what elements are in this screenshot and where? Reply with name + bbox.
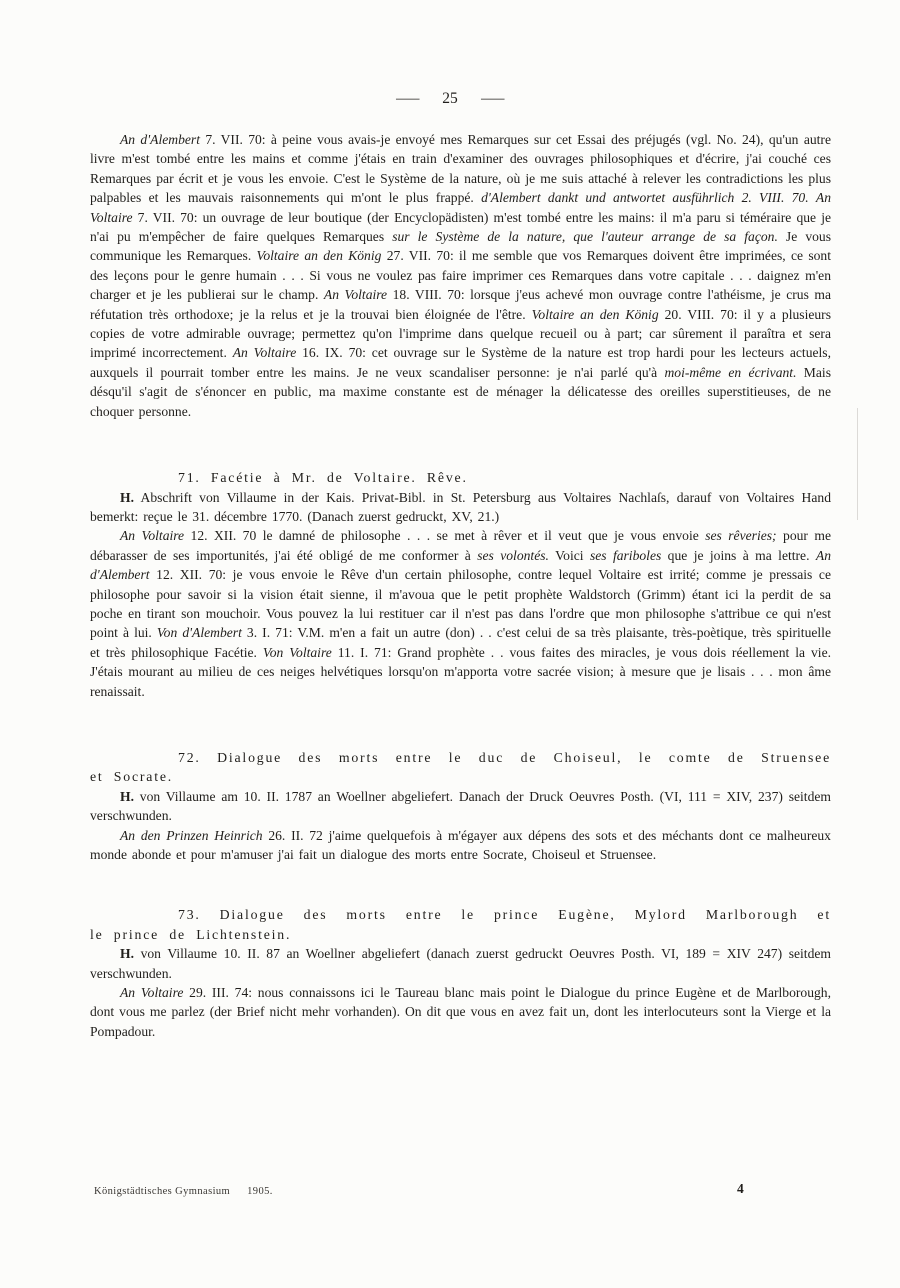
text-run: Voltaire an den König [257,248,382,263]
entry-72-heading: 72. Dialogue des morts entre le duc de C… [90,748,831,787]
text-run: 29. III. 74: nous connaissons ici le Tau… [90,985,831,1039]
text-run: 12. XII. 70 le damné de philosophe . . .… [184,528,705,543]
text-run: ses volontés. [477,548,549,563]
text-run: An d'Alembert [120,132,200,147]
text-run: Von d'Alembert [157,625,242,640]
text-run: H. [120,789,134,804]
text-run: von Villaume 10. II. 87 an Woellner abge… [90,946,831,980]
text-run: d'Alembert dankt und antwortet ausführli… [481,190,809,205]
text-run: sur le Système de la nature, que l'auteu… [392,229,778,244]
text-run: Von Voltaire [263,645,332,660]
entry-71-source-note: H. Abschrift von Villaume in der Kais. P… [90,488,831,527]
entry-71-heading: 71. Facétie à Mr. de Voltaire. Rêve. [90,468,831,487]
text-run: Abschrift von Villaume in der Kais. Priv… [90,490,831,524]
entry-73-source-note: H. von Villaume 10. II. 87 an Woellner a… [90,944,831,983]
entry-73-quotes: An Voltaire 29. III. 74: nous connaisson… [90,983,831,1041]
text-run: Voltaire an den König [532,307,659,322]
footer-sheet-number: 4 [737,1181,744,1197]
text-run: moi-même en écrivant. [664,365,796,380]
text-run: An Voltaire [233,345,297,360]
footer-imprint-text: Königstädtisches Gymnasium [94,1186,230,1197]
scan-artifact-line [857,408,858,520]
text-run: que je joins à ma lettre. [661,548,816,563]
entry-72-quotes: An den Prinzen Heinrich 26. II. 72 j'aim… [90,826,831,865]
text-run: ses rêveries; [705,528,776,543]
text-run [809,190,816,205]
text-run: An Voltaire [324,287,387,302]
entry-72-heading-line: et Socrate. [90,767,831,786]
text-run: Voici [549,548,590,563]
text-run: An den Prinzen Heinrich [120,828,263,843]
text-run: An Voltaire [120,985,183,1000]
text-run: von Villaume am 10. II. 1787 an Woellner… [90,789,831,823]
entry-24-continuation: An d'Alembert 7. VII. 70: à peine vous a… [90,130,831,421]
entry-73-heading: 73. Dialogue des morts entre le prince E… [90,905,831,944]
scanned-book-page: — 25 — An d'Alembert 7. VII. 70: à peine… [0,0,900,1288]
entry-71-heading-line: 71. Facétie à Mr. de Voltaire. Rêve. [90,468,831,487]
header-dash-left: — [396,90,419,108]
footer-year: 1905. [247,1186,273,1197]
text-run: ses fariboles [590,548,661,563]
entry-72-source-note: H. von Villaume am 10. II. 1787 an Woell… [90,787,831,826]
entry-72-heading-line: 72. Dialogue des morts entre le duc de C… [90,748,831,767]
text-run: An Voltaire [120,528,184,543]
entry-73-heading-line: le prince de Lichtenstein. [90,925,831,944]
header-dash-right: — [481,90,504,108]
page-number: 25 [442,90,458,108]
page-header: — 25 — [0,90,900,108]
text-run: H. [120,490,134,505]
footer-imprint: Königstädtisches Gymnasium 1905. [94,1186,273,1197]
text-block: An d'Alembert 7. VII. 70: à peine vous a… [90,130,831,1041]
entry-71-quotes: An Voltaire 12. XII. 70 le damné de phil… [90,526,831,701]
text-run: H. [120,946,134,961]
entry-73-heading-line: 73. Dialogue des morts entre le prince E… [90,905,831,924]
